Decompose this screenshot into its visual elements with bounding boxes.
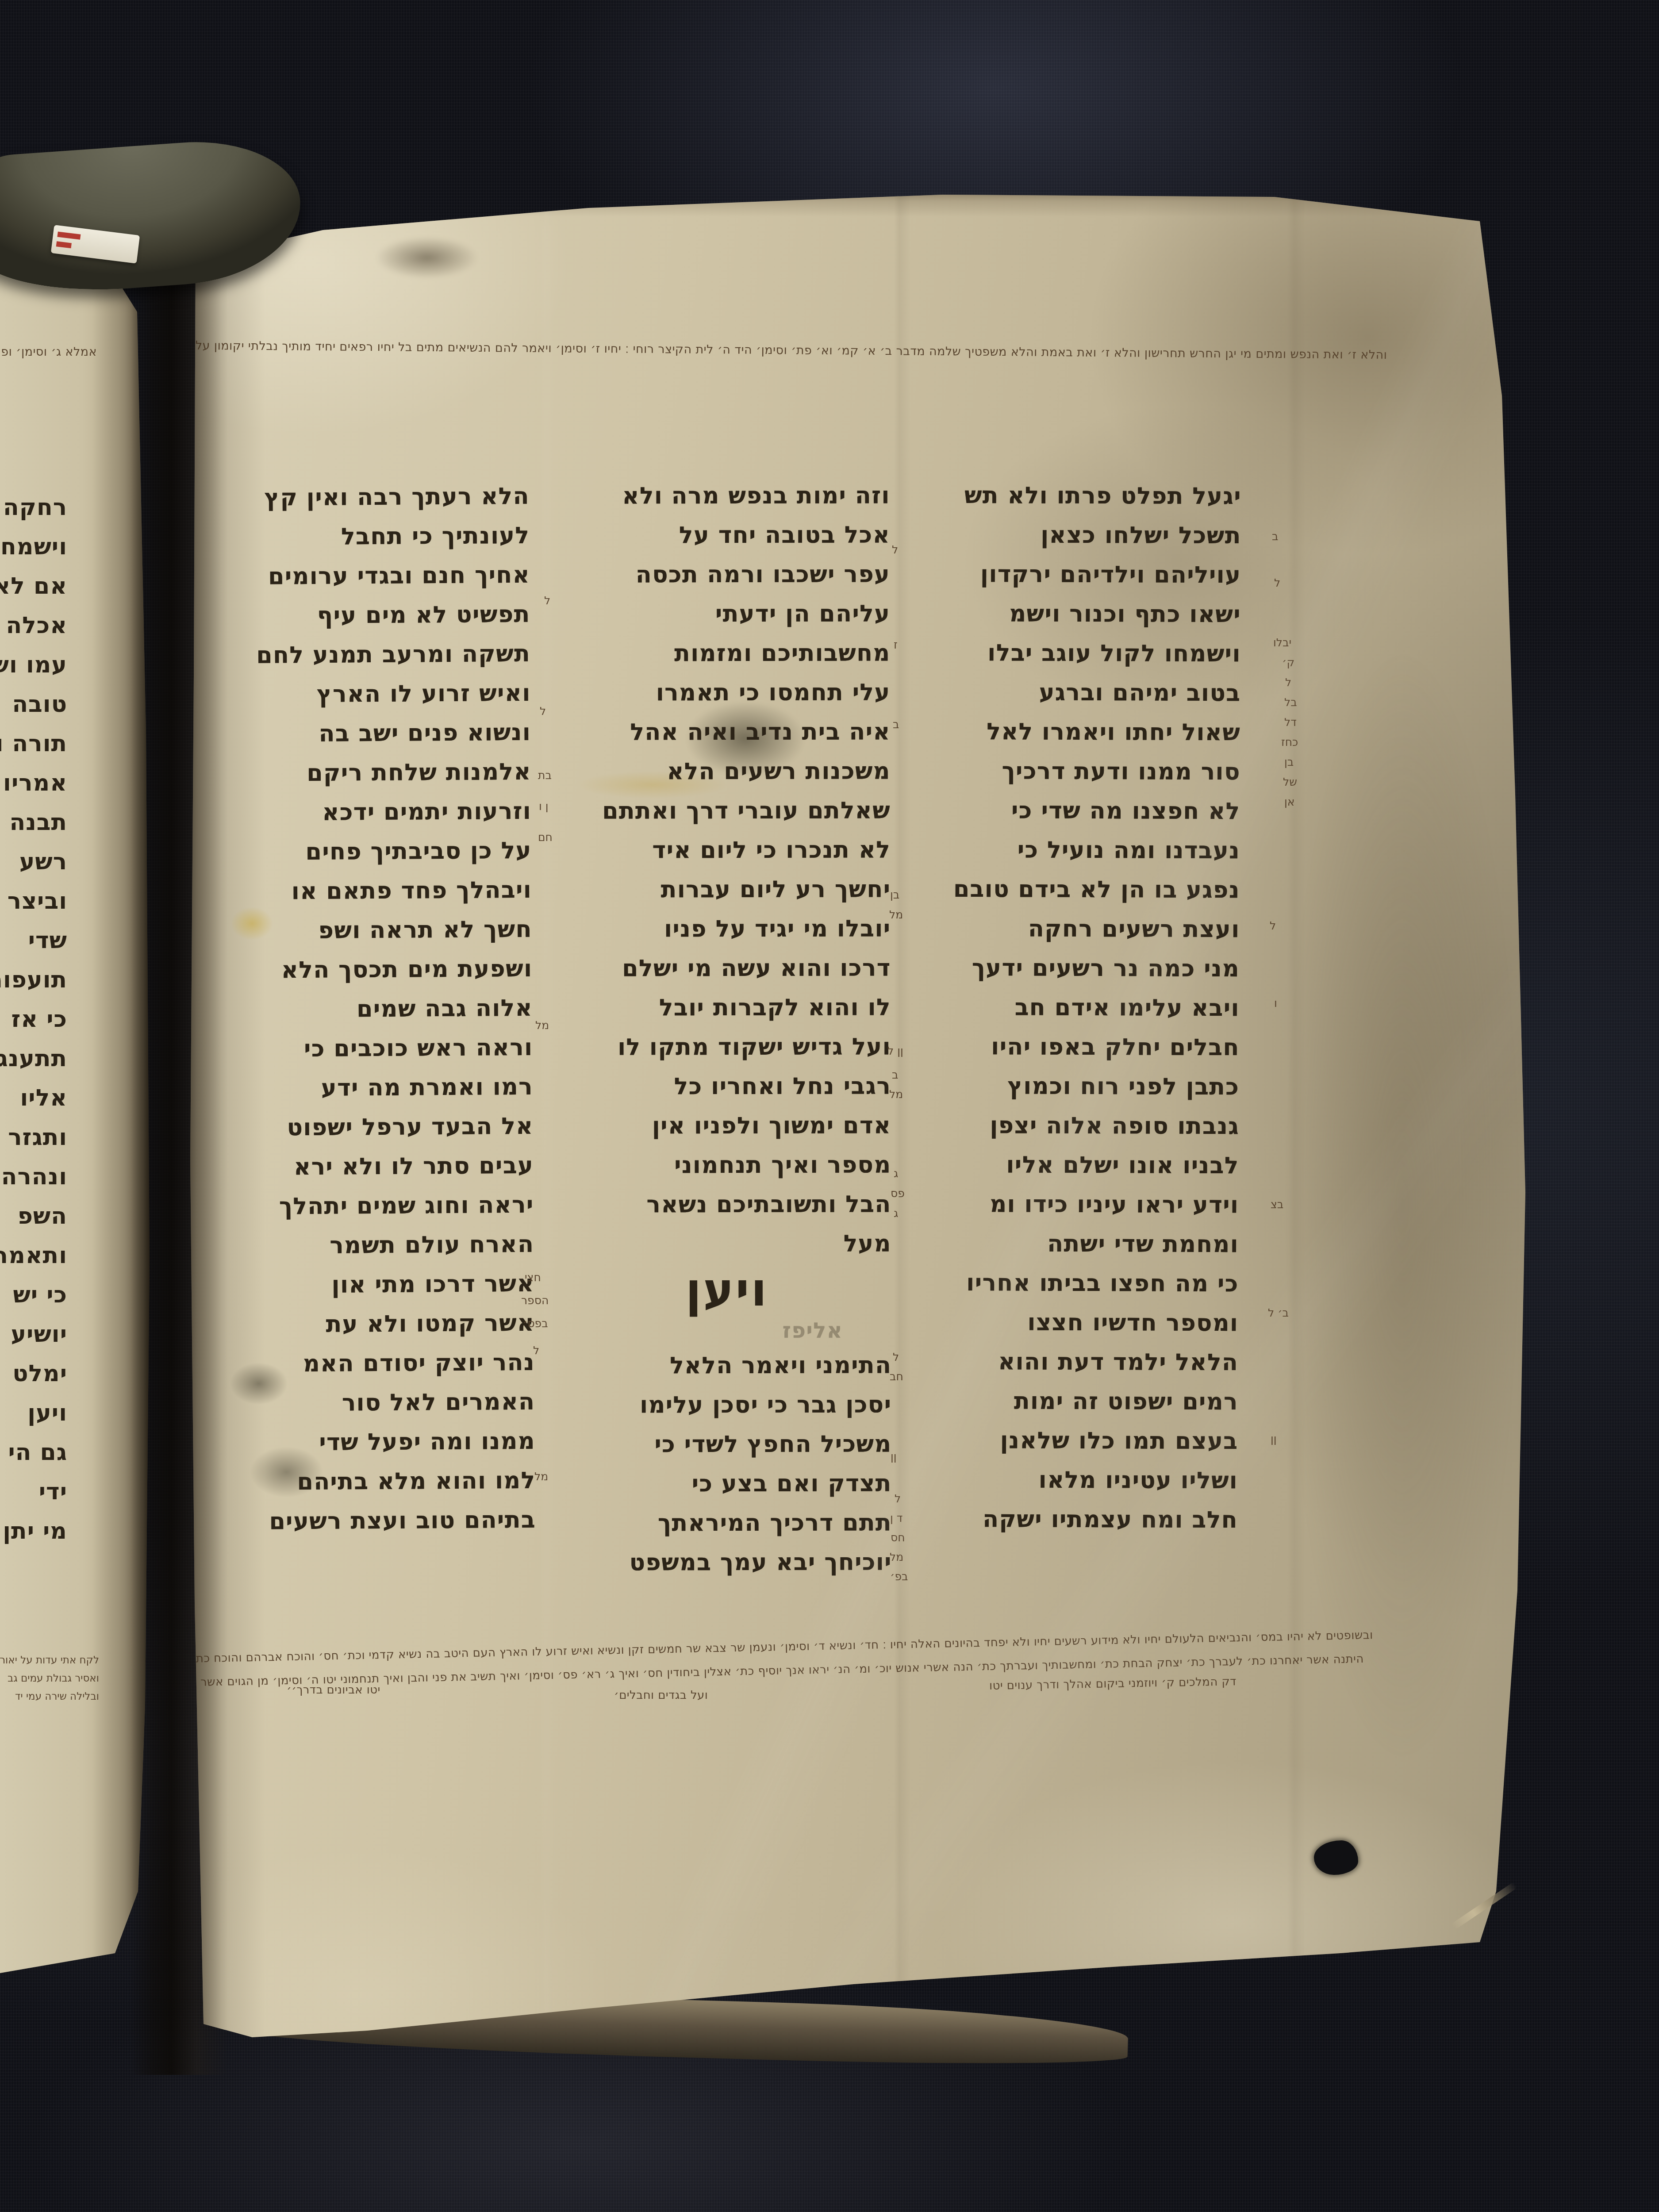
text-line: למו והוא מלא בתיהם	[220, 1461, 536, 1502]
facing-text-line: תבנה	[0, 803, 67, 842]
masorah-parva-note: ב	[892, 1069, 898, 1080]
facing-page-sliver: אמלא ג׳ וסימן׳ ופ רחקהוישמחואם לאאכלהעמו…	[0, 246, 150, 1975]
text-line: מעל	[576, 1224, 891, 1264]
text-line: אשר דרכו מתי און	[219, 1264, 535, 1306]
text-line: הלא רעתך רבה ואין קץ	[215, 477, 530, 518]
text-line: אלמנות שלחת ריקם	[216, 753, 531, 794]
masorah-parva-note: ג	[894, 1168, 898, 1179]
text-column-middle-job21-22: וזה ימות בנפש מרה ולאאכל בטובה יחד עלעפר…	[575, 476, 892, 1582]
masorah-parva-note: ג	[894, 1208, 898, 1219]
text-line: תפשיט לא מים עיף	[215, 595, 530, 636]
parchment-hole	[1314, 1840, 1358, 1875]
facing-text-line: תורה ו	[0, 724, 67, 764]
right-margin-waterstain	[1287, 653, 1517, 1759]
facing-text-line: ונהרה	[0, 1157, 67, 1197]
text-line: לו והוא לקברות יובל	[576, 988, 891, 1028]
text-line: תשקה ומרעב תמנע לחם	[215, 634, 531, 676]
text-line: נפגע בו הן לא בידם טובם	[925, 870, 1240, 910]
masorah-parva-note: ן ו	[539, 801, 549, 812]
text-line: ושליו עטיניו מלאו	[923, 1460, 1238, 1501]
text-line: ממנו ומה יפעל שדי	[220, 1422, 536, 1463]
text-line: ועל גדיש ישקוד מתקו לו	[576, 1027, 891, 1067]
text-line: מספר ואיך תנחמוני	[576, 1145, 891, 1185]
text-line: רמים ישפוט זה ימות	[923, 1382, 1238, 1422]
text-line: וזה ימות בנפש מרה ולא	[575, 476, 890, 516]
masorah-parva-note: בצ	[1271, 1199, 1283, 1210]
text-line: יסכן גבר כי יסכן עלימו	[576, 1385, 891, 1425]
masorah-parva-note: בל	[1284, 697, 1297, 708]
text-line: עלי תחמסו כי תאמרו	[576, 673, 891, 713]
facing-text-line: כי אז	[0, 1000, 67, 1039]
facing-text-line: ותגזר	[0, 1118, 67, 1157]
masorah-parva-note: ןן	[1271, 1433, 1277, 1444]
facing-text-line: כי יש	[0, 1275, 67, 1315]
masorah-parva-note: ל	[1270, 920, 1276, 931]
text-line: בעצם תמו כלו שלאנן	[923, 1421, 1238, 1461]
facing-text-line: אכלה	[0, 606, 67, 645]
text-line: גנבתו סופה אלוה יצפן	[924, 1106, 1239, 1146]
facing-text-line: עמו וש	[0, 645, 67, 685]
masorah-parva-note: בפ׳	[890, 1571, 908, 1582]
text-line: עויליהם וילדיהם ירקדון	[926, 555, 1241, 595]
masorah-parva-note: ל	[892, 544, 898, 555]
text-line: ויבא עלימו אידם חב	[925, 988, 1240, 1028]
text-line: משכנות רשעים הלא	[576, 752, 891, 791]
masorah-parva-note: בת	[538, 770, 552, 781]
masorah-parva-note: ק׳	[1282, 657, 1294, 668]
facing-text-line: שדי	[0, 921, 67, 960]
masorah-parva-note: מל	[889, 909, 903, 920]
text-line: לא תנכרו כי ליום איד	[576, 830, 891, 870]
text-line: אלוה גבה שמים	[218, 989, 533, 1030]
text-line: לעונתיך כי תחבל	[215, 516, 530, 557]
text-line: שאול יחתו ויאמרו לאל	[926, 712, 1240, 753]
masorah-parva-note: מל	[889, 1089, 903, 1100]
text-line: ושפעת מים תכסך הלא	[217, 949, 533, 991]
facing-text-line: אליו	[0, 1079, 67, 1118]
masorah-parva-note: מל	[534, 1471, 548, 1482]
text-line: ויען	[576, 1263, 891, 1315]
masorah-parva-note: ב	[1272, 531, 1278, 542]
masorah-parva-note: דל	[1284, 717, 1297, 728]
facing-text-line: תועפות	[0, 960, 67, 1000]
masorah-magna-bottom-fragment-center: ועל בגדים וחבלים׳	[614, 1689, 708, 1702]
facing-text-line: אמריו	[0, 764, 67, 803]
text-line: עבים סתר לו ולא ירא	[219, 1146, 534, 1187]
text-line: תתם דרכיך המיראתך	[577, 1503, 892, 1543]
facing-text-line: רשע	[0, 842, 67, 882]
masorah-parva-note: ו	[1274, 998, 1277, 1009]
text-line: סור ממנו ודעת דרכיך	[926, 752, 1240, 792]
facing-text-line: רחקה	[0, 488, 67, 527]
masorah-parva-note: ל	[893, 1352, 899, 1363]
text-line: לבניו אונו ישלם אליו	[924, 1145, 1239, 1186]
text-line: משכיל החפץ לשדי כי	[577, 1425, 892, 1464]
text-line: איה בית נדיב ואיה אהל	[576, 712, 891, 752]
masorah-parva-note: חם	[538, 832, 553, 843]
text-line: האמרים לאל סור	[220, 1382, 535, 1424]
facing-text-line: ותאמר	[0, 1236, 67, 1275]
masorah-parva-note: פס	[891, 1188, 905, 1199]
text-line: אחיך חנם ובגדי ערומים	[215, 556, 530, 597]
text-line: הבל ותשובתיכם נשאר	[576, 1185, 891, 1225]
text-line: חשך לא תראה ושפ	[217, 910, 533, 951]
text-line: יוכיחך יבא עמך במשפט	[577, 1543, 892, 1582]
masorah-parva-note: חס	[891, 1532, 905, 1543]
masorah-magna-bottom-fragment-left: יטו אביונים בדרך׳׳	[287, 1683, 380, 1697]
text-line: אשר קמטו ולא עת	[219, 1304, 535, 1345]
masorah-parva-note: חב	[890, 1371, 903, 1382]
facing-text-line: וביצר	[0, 882, 67, 921]
facing-text-line: ויען	[0, 1394, 67, 1433]
text-line: ואיש זרוע לו הארץ	[215, 674, 531, 715]
text-line: אל הבעד ערפל ישפוט	[218, 1107, 534, 1148]
masorah-parva-note: ב׳ ל	[1268, 1307, 1289, 1318]
text-line: יראה וחוג שמים יתהלך	[219, 1186, 534, 1227]
facing-masorah-line: ובלילה שירה עמי יד	[3, 1688, 99, 1706]
text-line: וידע יראו עיניו כידו ומ	[924, 1185, 1239, 1225]
tab-red-stripe-2	[56, 241, 72, 248]
text-line: כי מה חפצו בביתו אחריו	[924, 1263, 1239, 1304]
text-line: רמו ואמרת מה ידע	[218, 1068, 534, 1109]
text-line: עפר ישכבו ורמה תכסה	[575, 555, 890, 595]
masorah-parva-note: בן	[1284, 757, 1294, 768]
text-line: אדם ימשוך ולפניו אין	[576, 1106, 891, 1146]
text-line: כתבן לפני רוח וכמוץ	[924, 1067, 1239, 1107]
masorah-magna-top: והלא ז׳ ואת הנפש ומתים מי יגן החרש תחריש…	[106, 338, 1387, 362]
text-line: תשכל ישלחו כצאן	[926, 515, 1241, 556]
text-line: ישאו כתף וכנור וישמ	[926, 594, 1241, 634]
facing-masorah-line: לקח אתי עדות על יאור	[3, 1651, 99, 1670]
masorah-parva-note: ל	[895, 1493, 901, 1504]
facing-text-line: השפ	[0, 1197, 67, 1236]
text-line: הלאל ילמד דעת והוא	[923, 1342, 1238, 1382]
text-line: לא חפצנו מה שדי כי	[925, 791, 1240, 831]
text-line: וראה ראש כוכבים כי	[218, 1028, 533, 1069]
text-line: התימני ויאמר הלאל	[576, 1346, 891, 1386]
masorah-parva-note: אן	[1284, 796, 1295, 807]
facing-text-line: גם הי	[0, 1433, 67, 1472]
text-column-left-job22: הלא רעתך רבה ואין קץלעונתיך כי תחבלאחיך …	[215, 477, 536, 1542]
facing-text-line: טובה	[0, 685, 67, 724]
facing-masorah-line: ואסיר גבולת עמים גב	[3, 1670, 99, 1688]
text-line: על כן סביבתיך פחים	[217, 831, 532, 872]
text-line: בתיהם טוב ועצת רשעים	[221, 1501, 536, 1542]
facing-text-line: ימלט	[0, 1354, 67, 1394]
text-line: ויבהלך פחד פתאם או	[217, 871, 532, 912]
text-line: הארח עולם תשמר	[219, 1225, 534, 1266]
text-line: ועצת רשעים רחקה	[925, 909, 1240, 949]
facing-text-line: מי יתן	[0, 1512, 67, 1551]
text-line: נעבדנו ומה נועיל כי	[925, 830, 1240, 871]
text-line: דרכו והוא עשה מי ישלם	[576, 949, 891, 988]
text-line: יגעל תפלט פרתו ולא תש	[926, 476, 1241, 516]
text-line: ומחמת שדי ישתה	[924, 1224, 1239, 1264]
facing-text-line: ידי	[0, 1472, 67, 1512]
facing-text-line: וישמחו	[0, 527, 67, 567]
text-line: חלב ומח עצמתיו ישקה	[923, 1500, 1238, 1540]
text-line: נהר יוצק יסודם האמ	[220, 1343, 535, 1384]
facing-masorah-magna-fragment: אמלא ג׳ וסימן׳ ופ	[2, 345, 97, 359]
facing-masorah-bottom-fragments: לקח אתי עדות על יאורואסיר גבולת עמים גבו…	[3, 1651, 99, 1706]
masorah-parva-note: ז	[894, 639, 898, 650]
masorah-parva-note: ל	[544, 595, 550, 606]
masorah-parva-note: בן	[890, 889, 899, 900]
tab-red-stripe	[57, 231, 81, 239]
text-line: חבלים יחלק באפו יהיו	[925, 1027, 1240, 1068]
masorah-parva-note: יבלו	[1273, 637, 1291, 648]
text-column-right-job21: יגעל תפלט פרתו ולא תשתשכל ישלחו כצאןעויל…	[923, 476, 1241, 1540]
masorah-parva-note: ד ן	[890, 1513, 902, 1524]
manuscript-photo-scene: אמלא ג׳ וסימן׳ ופ רחקהוישמחואם לאאכלהעמו…	[0, 0, 1659, 2212]
text-line: רגבי נחל ואחריו כל	[576, 1067, 891, 1106]
text-line: יחשך רע ליום עברות	[576, 870, 891, 910]
facing-text-line: אם לא	[0, 567, 67, 606]
masorah-parva-note: של	[1283, 776, 1297, 787]
text-line: מחשבותיכם ומזמות	[575, 634, 890, 673]
masorah-magna-bottom-fragment-right: דק המלכים ק׳ ויוזמני ביקום אהלך ודרך ענו…	[989, 1675, 1237, 1693]
facing-text-line: יושיע	[0, 1315, 67, 1354]
text-line: ונשוא פנים ישב בה	[216, 713, 531, 754]
text-line: עליהם הן ידעתי	[575, 594, 890, 634]
manuscript-page: והלא ז׳ ואת הנפש ומתים מי יגן החרש תחריש…	[190, 188, 1528, 2053]
text-line: תצדק ואם בצע כי	[577, 1464, 892, 1504]
text-line: שאלתם עוברי דרך ואתתם	[576, 791, 891, 831]
facing-page-text-fragments: רחקהוישמחואם לאאכלהעמו ושטובהתורה ואמריו…	[0, 488, 67, 1551]
text-line: יובלו מי יגיד על פניו	[576, 909, 891, 949]
masorah-parva-note: מל	[535, 1020, 549, 1031]
facing-text-line: תתענג	[0, 1039, 67, 1079]
text-line: בטוב ימיהם וברגע	[926, 673, 1240, 713]
text-line: וישמחו לקול עוגב יבלו	[926, 634, 1241, 674]
masorah-parva-note: ל	[1274, 577, 1280, 588]
gutter-top-smudge	[376, 237, 478, 279]
text-line: ומספר חדשיו חצצו	[923, 1303, 1238, 1343]
text-line: מני כמה נר רשעים ידעך	[925, 949, 1240, 989]
masorah-parva-note: ל	[540, 706, 546, 717]
masorah-parva-note: כחז	[1281, 737, 1298, 748]
masorah-parva-note: ב	[893, 719, 899, 730]
masorah-parva-note: ל	[1285, 677, 1291, 688]
text-line: וזרעות יתמים ידכא	[216, 792, 532, 833]
text-line: אליפז	[576, 1315, 891, 1346]
text-line: אכל בטובה יחד על	[575, 515, 890, 555]
